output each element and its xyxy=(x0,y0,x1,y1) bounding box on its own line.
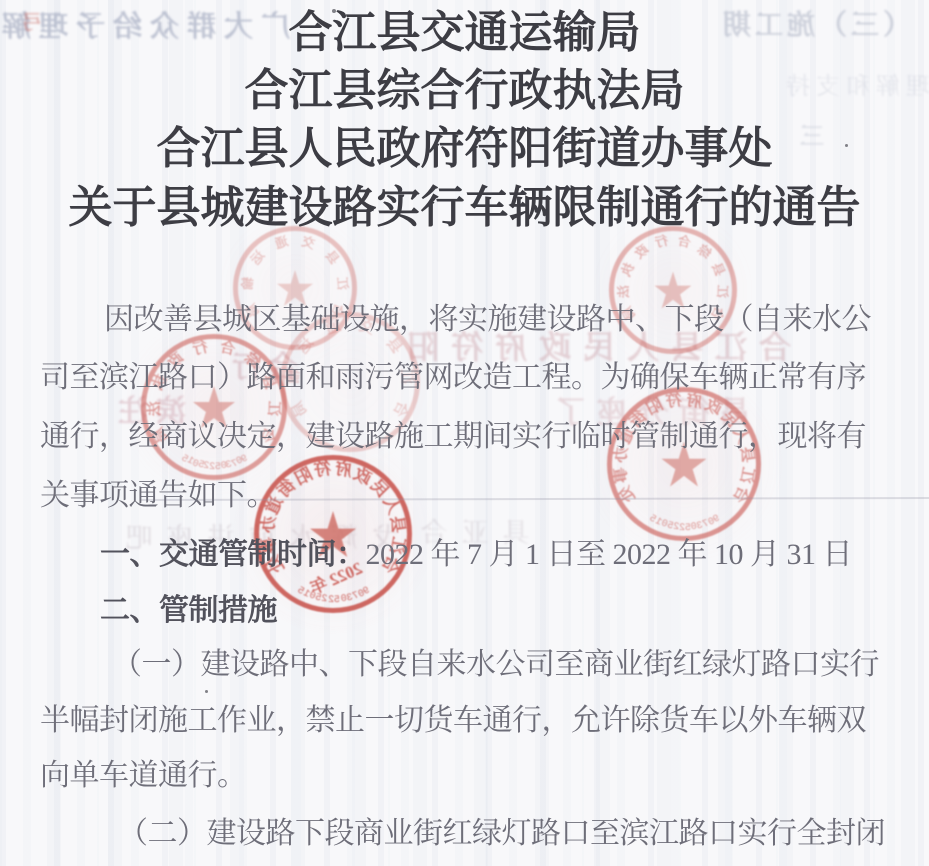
seal-rim-character: 府 xyxy=(334,460,353,479)
seal-rim-character: 办 xyxy=(259,515,278,534)
seal-rim-character: 合 xyxy=(677,233,693,249)
body-line: 半幅封闭施工作业，禁止一切货车通行，允许除货车以外车辆双 xyxy=(40,701,866,741)
seal-rim-character: 输 xyxy=(240,276,254,290)
body-line: 向单车道通行。 xyxy=(40,756,247,796)
body-text-bold: 一、交通管制时间： xyxy=(100,538,366,571)
seal-rim-character: 符 xyxy=(313,460,332,479)
body-line: （二）建设路下段商业街红绿灯路口至滨江路口实行全封闭 xyxy=(118,814,885,854)
body-line: 因改善县城区基础设施，将实施建设路中、下段（自来水公 xyxy=(104,300,871,340)
body-line: 二、管制措施 xyxy=(100,591,277,631)
seal-serial-digit: 5 xyxy=(334,596,340,606)
seal-rim-character: 江 xyxy=(336,276,350,290)
seal-stamp: 合江县人民政府符阳街道办事处5105225037092022 年 xyxy=(254,455,412,613)
title-line-1: 合江县交通运输局 xyxy=(0,9,929,57)
seal-rim-character: 江 xyxy=(716,285,729,298)
body-text-bold: 二、管制措施 xyxy=(100,594,277,627)
body-line: （一）建设路中、下段自来水公司至商业街红绿灯路口实行 xyxy=(112,645,879,685)
seal-rim-character: 法 xyxy=(616,285,629,298)
scanned-notice-page: 合江县交通运输局合江县综合行政执法局合江县人民政府符阳街道办事处关于县城建设路实… xyxy=(0,0,929,866)
seal-stamp-mirror: 合江县人民政府符阳街道办事处5105225037092022 年 xyxy=(254,455,412,613)
body-text: 半幅封闭施工作业，禁止一切货车通行，允许除货车以外车辆双 xyxy=(40,704,866,737)
body-text: 司至滨江路口）路面和雨污管网改造工程。为确保车辆正常有序 xyxy=(40,361,866,394)
body-text: （一）建设路中、下段自来水公司至商业街红绿灯路口实行 xyxy=(112,648,879,681)
body-text: （二）建设路下段商业街红绿灯路口至滨江路口实行全封闭 xyxy=(118,817,885,850)
speckle-dot xyxy=(845,144,848,147)
seal-rim-character: 事 xyxy=(613,466,632,485)
speckle-dot xyxy=(738,546,741,549)
body-text: 因改善县城区基础设施，将实施建设路中、下段（自来水公 xyxy=(104,303,871,336)
body-text: 通行，经商议决定，建设路施工期间实行临时管制通行，现将有 xyxy=(40,420,866,453)
title-line-2: 合江县综合行政执法局 xyxy=(0,67,929,115)
seal-stamp: 合江县人民政府符阳街道办事处510522503709 xyxy=(607,387,761,541)
seal-rim-character: 江 xyxy=(737,466,756,485)
speckle-dot xyxy=(205,690,208,693)
body-line: 关事项通告如下。 xyxy=(40,476,276,516)
seal-stamp-mirror: 合江县人民政府符阳街道办事处510522503709 xyxy=(607,387,761,541)
body-text: 关事项通告如下。 xyxy=(40,479,276,512)
body-line: 一、交通管制时间：2022 年 7 月 1 日至 2022 年 10 月 31 … xyxy=(100,535,852,575)
speckle-dot xyxy=(332,9,336,13)
body-text: 向单车道通行。 xyxy=(40,759,247,792)
seal-rim-character: 法 xyxy=(147,401,162,416)
body-line: 司至滨江路口）路面和雨污管网改造工程。为确保车辆正常有序 xyxy=(40,358,866,398)
title-line-3: 合江县人民政府符阳街道办事处 xyxy=(0,125,929,173)
seal-rim-character: 县 xyxy=(388,515,407,534)
title-line-4: 关于县城建设路实行车辆限制通行的通告 xyxy=(0,184,929,232)
seal-rim-character: 合 xyxy=(218,341,236,359)
body-text: 2022 年 7 月 1 日至 2022 年 10 月 31 日 xyxy=(366,538,853,571)
body-line: 通行，经商议决定，建设路施工期间实行临时管制通行，现将有 xyxy=(40,417,866,457)
